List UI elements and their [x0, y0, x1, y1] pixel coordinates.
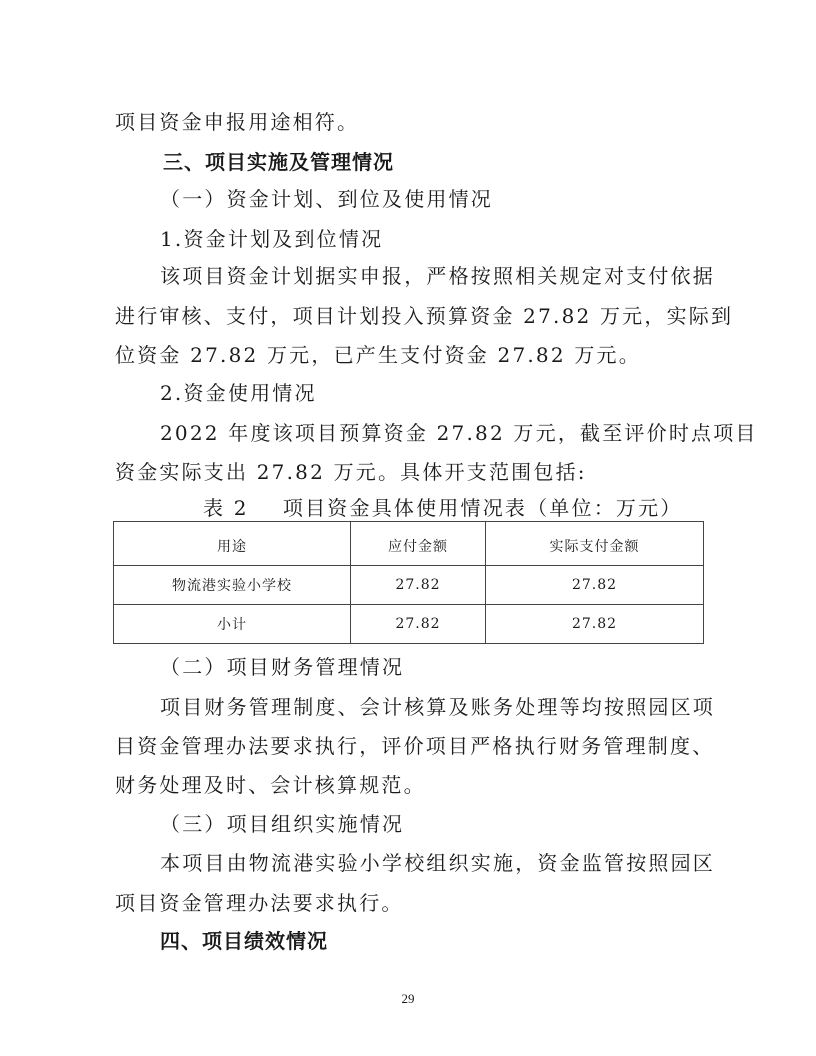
subsection-heading-1: （一）资金计划、到位及使用情况	[160, 187, 493, 211]
table-caption: 表 2 项目资金具体使用情况表（单位：万元）	[203, 496, 683, 520]
section-heading-4: 四、项目绩效情况	[160, 929, 328, 953]
paragraph-usage-line-2: 资金实际支出 27.82 万元。具体开支范围包括:	[115, 460, 587, 484]
cell-purpose: 小计	[114, 605, 351, 644]
paragraph-continuation: 项目资金申报用途相符。	[115, 110, 359, 134]
paragraph-plan-line-2: 进行审核、支付，项目计划投入预算资金 27.82 万元，实际到	[115, 304, 705, 328]
paragraph-org-line-1: 本项目由物流港实验小学校组织实施，资金监管按照园区	[160, 851, 705, 875]
cell-actual-paid: 27.82	[486, 605, 704, 644]
paragraph-finance-line-3: 财务处理及时、会计核算规范。	[115, 773, 426, 797]
paragraph-finance-line-1: 项目财务管理制度、会计核算及账务处理等均按照园区项	[160, 695, 705, 719]
subsection-heading-3: （三）项目组织实施情况	[160, 812, 404, 836]
item-heading-1: 1.资金计划及到位情况	[160, 227, 383, 251]
paragraph-org-line-2: 项目资金管理办法要求执行。	[115, 891, 404, 915]
page-number: 29	[0, 991, 816, 1007]
paragraph-usage-line-1: 2022 年度该项目预算资金 27.82 万元，截至评价时点项目	[160, 421, 705, 445]
header-cell-actual-paid: 实际支付金额	[486, 522, 704, 566]
header-cell-payable: 应付金额	[351, 522, 486, 566]
paragraph-plan-line-1: 该项目资金计划据实申报，严格按照相关规定对支付依据	[160, 264, 705, 288]
paragraph-plan-line-3: 位资金 27.82 万元，已产生支付资金 27.82 万元。	[115, 343, 641, 367]
item-heading-2: 2.资金使用情况	[160, 381, 317, 405]
cell-payable: 27.82	[351, 605, 486, 644]
cell-actual-paid: 27.82	[486, 566, 704, 605]
cell-payable: 27.82	[351, 566, 486, 605]
table-row-subtotal: 小计 27.82 27.82	[114, 605, 704, 644]
funds-usage-table: 用途 应付金额 实际支付金额 物流港实验小学校 27.82 27.82 小计 2…	[113, 521, 704, 644]
header-cell-purpose: 用途	[114, 522, 351, 566]
subsection-heading-2: （二）项目财务管理情况	[160, 655, 404, 679]
table-row: 物流港实验小学校 27.82 27.82	[114, 566, 704, 605]
cell-purpose: 物流港实验小学校	[114, 566, 351, 605]
section-heading-3: 三、项目实施及管理情况	[163, 150, 394, 174]
table-header-row: 用途 应付金额 实际支付金额	[114, 522, 704, 566]
paragraph-finance-line-2: 目资金管理办法要求执行，评价项目严格执行财务管理制度、	[115, 734, 705, 758]
